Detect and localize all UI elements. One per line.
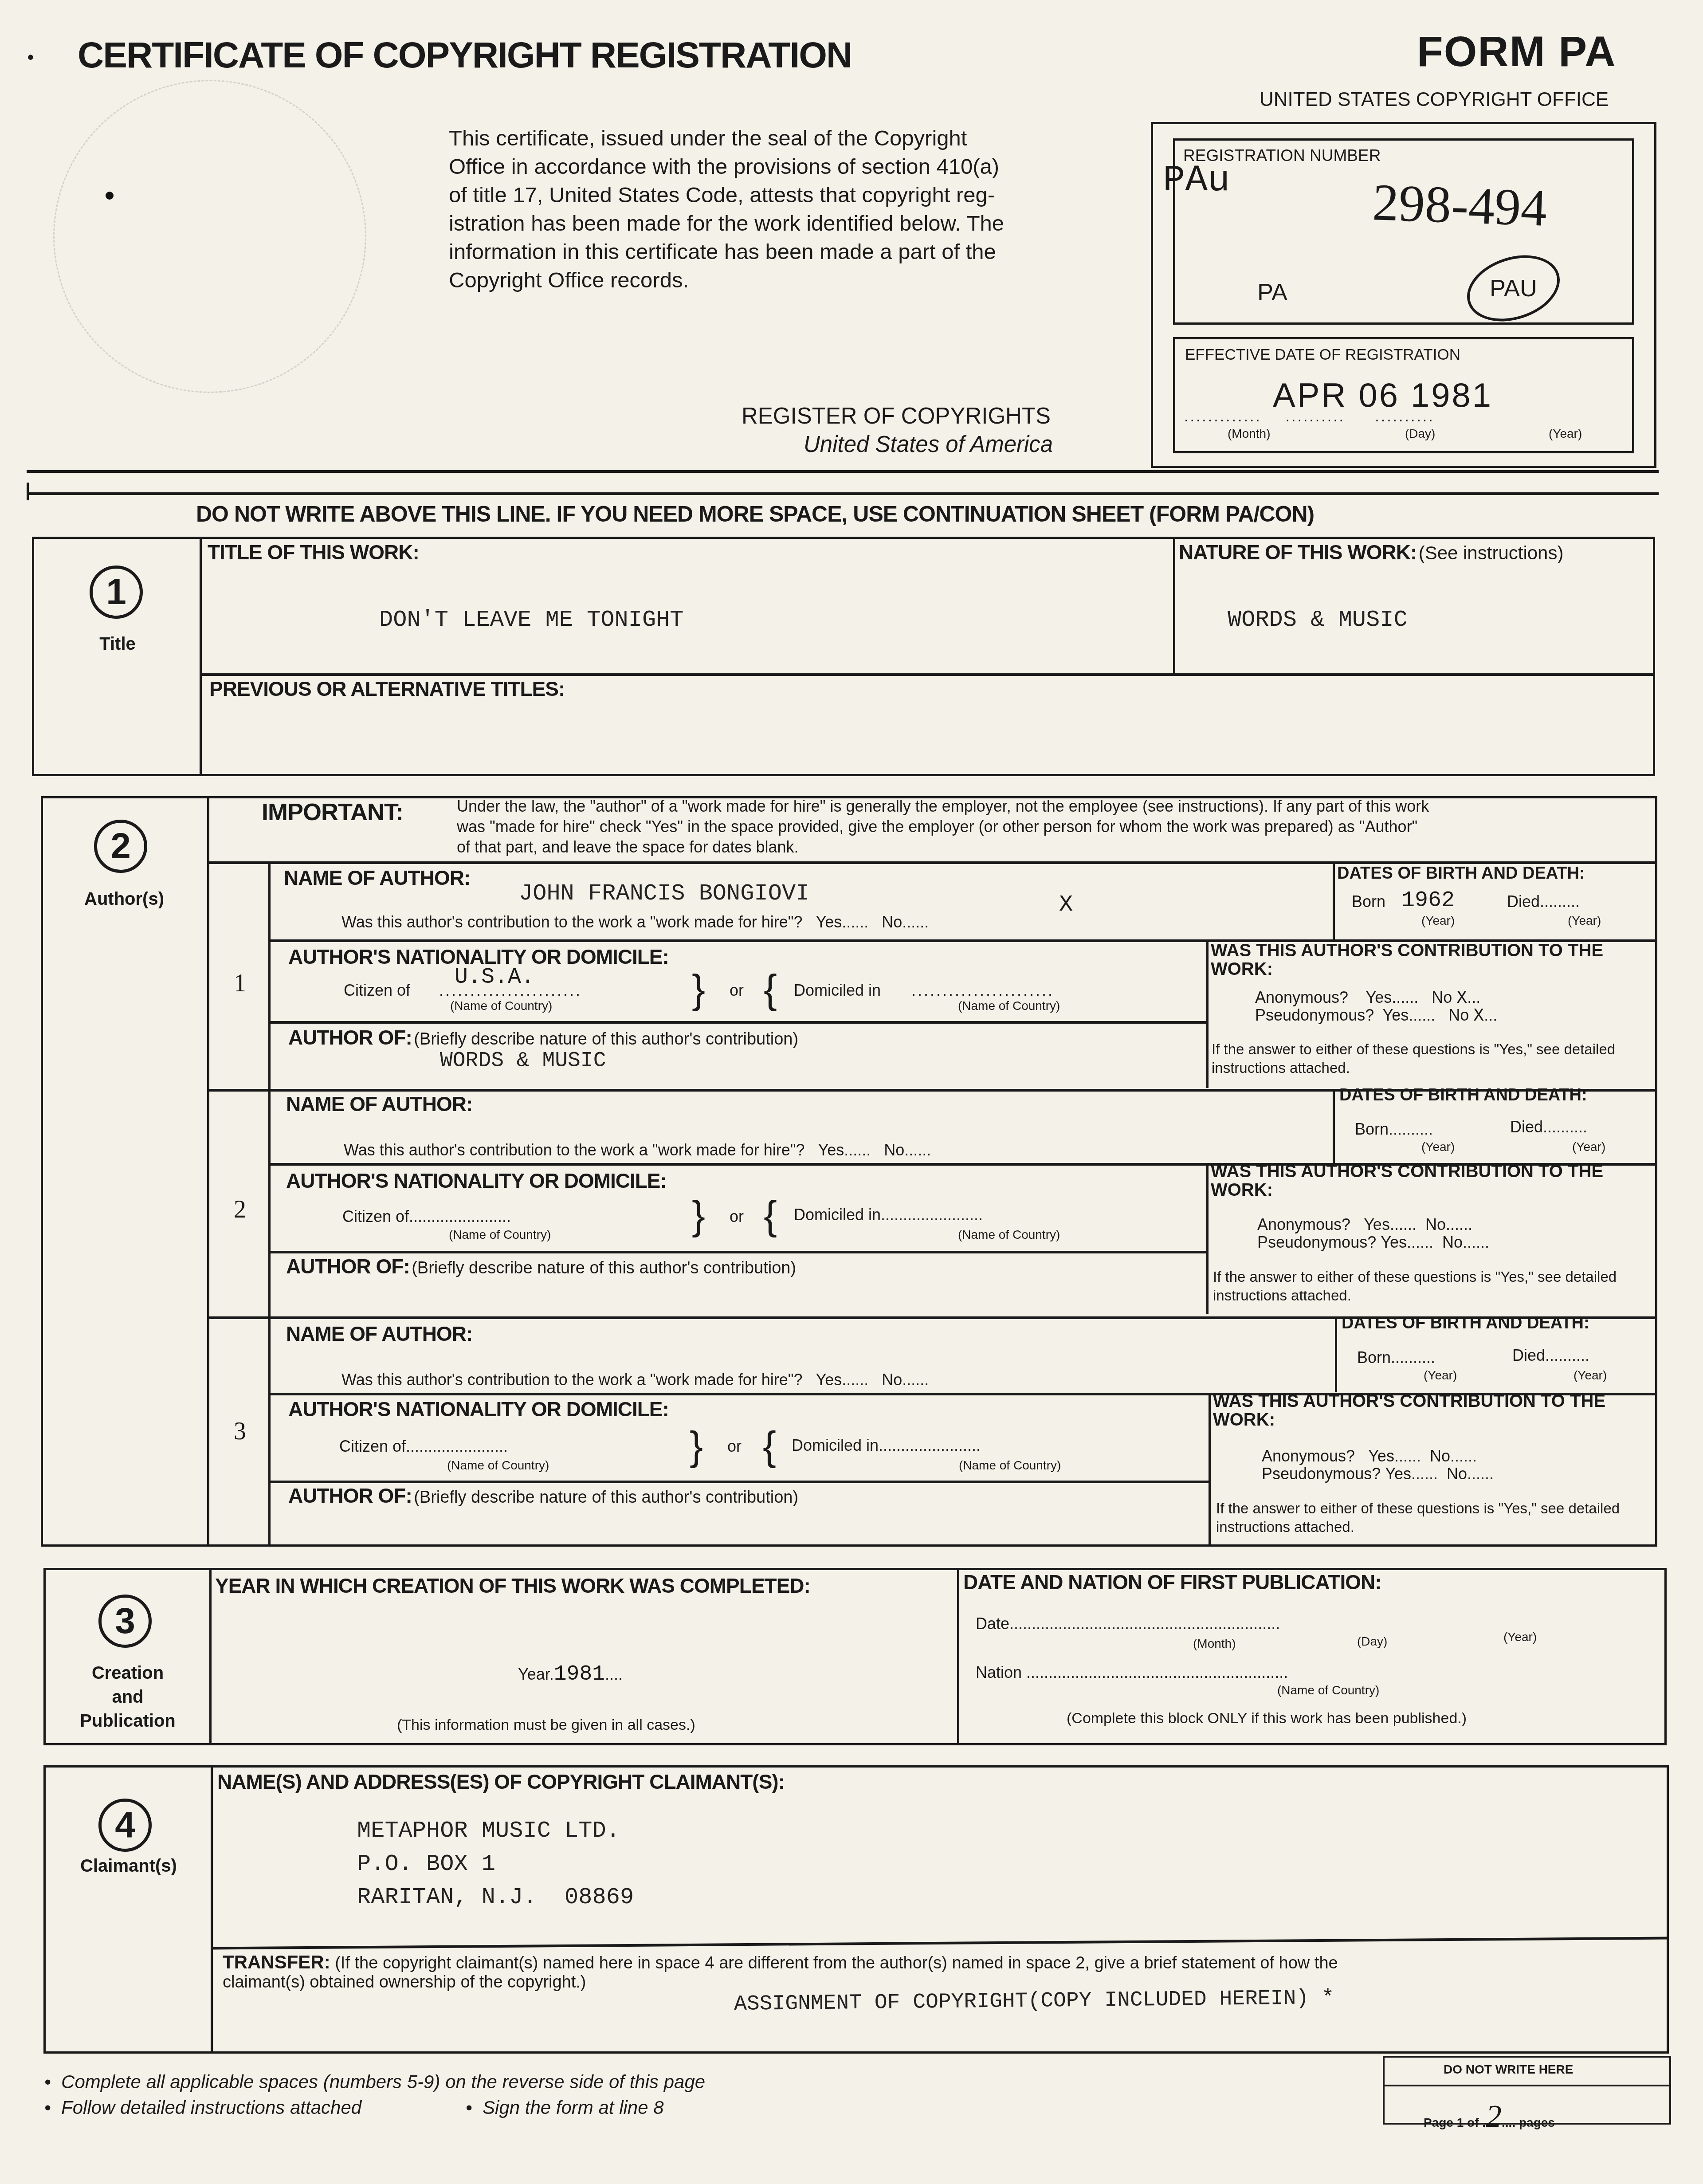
- author-3-pseudonymous: Pseudonymous? Yes...... No......: [1262, 1465, 1494, 1483]
- author-2-nationality-label: AUTHOR'S NATIONALITY OR DOMICILE:: [286, 1169, 667, 1193]
- author-3-nationality-label: AUTHOR'S NATIONALITY OR DOMICILE:: [288, 1397, 669, 1421]
- author-1-hire-mark[interactable]: X: [1059, 892, 1073, 918]
- do-not-write-notice: DO NOT WRITE ABOVE THIS LINE. IF YOU NEE…: [196, 501, 1314, 527]
- author-1-country-hint: (Name of Country): [450, 999, 552, 1013]
- register-subtitle: United States of America: [804, 431, 1053, 457]
- author-2-country-hint: (Name of Country): [449, 1228, 551, 1242]
- footer-bullet-3: • Sign the form at line 8: [466, 2097, 664, 2118]
- author-1-born-hint: (Year): [1421, 914, 1455, 928]
- transfer-label-text: TRANSFER: (If the copyright claimant(s) …: [223, 1952, 1338, 1973]
- section-2-label: Author(s): [58, 887, 191, 911]
- year-completed-note: (This information must be given in all c…: [397, 1717, 695, 1734]
- seal-dot: [106, 192, 114, 200]
- author-2-author-of-label: AUTHOR OF: (Briefly describe nature of t…: [286, 1254, 796, 1278]
- publication-label: DATE AND NATION OF FIRST PUBLICATION:: [963, 1570, 1381, 1594]
- author-1-brace-open: {: [764, 967, 777, 1013]
- publication-country-hint: (Name of Country): [1277, 1683, 1379, 1697]
- do-not-write-here: DO NOT WRITE HERE: [1444, 2062, 1573, 2077]
- author-3-anonymous: Anonymous? Yes...... No......: [1262, 1447, 1477, 1465]
- author-2-dates-divider: [1333, 1089, 1335, 1164]
- author-2-born: Born..........: [1355, 1120, 1433, 1139]
- author-3-index: 3: [234, 1417, 246, 1446]
- author-3-dates-divider: [1335, 1316, 1337, 1392]
- author-1-contrib-divider: [1206, 939, 1209, 1088]
- important-text: Under the law, the "author" of a "work m…: [457, 796, 1429, 857]
- author-3-brace-close: }: [690, 1424, 703, 1469]
- author-1-or: or: [730, 981, 744, 1000]
- previous-titles-label: PREVIOUS OR ALTERNATIVE TITLES:: [209, 677, 565, 701]
- author-2-anonymous: Anonymous? Yes...... No......: [1257, 1215, 1472, 1234]
- form-name: FORM PA: [1417, 27, 1617, 76]
- author-3-citizen: Citizen of.......................: [339, 1437, 508, 1456]
- publication-nation: Nation .................................…: [976, 1663, 1288, 1682]
- author-1-contribution-note: If the answer to either of these questio…: [1212, 1040, 1642, 1077]
- author-3-contribution-note: If the answer to either of these questio…: [1216, 1499, 1646, 1536]
- register-of-copyrights: REGISTER OF COPYRIGHTS: [742, 403, 1051, 429]
- section-4-divider: [211, 1765, 213, 2054]
- author-1-domiciled-dots: .......................: [911, 981, 1054, 1000]
- author-index-divider: [268, 861, 271, 1547]
- effective-date-dots: ............. .......... ..........: [1184, 408, 1435, 425]
- registration-prefix: PAu: [1163, 160, 1230, 202]
- author-1-hire-question: Was this author's contribution to the wo…: [341, 913, 929, 931]
- top-divider-tick: [27, 483, 29, 500]
- section-1-divider: [200, 537, 202, 776]
- author-2-citizen: Citizen of.......................: [342, 1207, 511, 1226]
- author-2-index: 2: [234, 1195, 246, 1224]
- important-label: IMPORTANT:: [262, 798, 403, 826]
- author-1-pseudonymous: Pseudonymous? Yes...... No X...: [1255, 1006, 1497, 1026]
- author-2-contribution-note: If the answer to either of these questio…: [1213, 1268, 1643, 1305]
- section-3-divider: [209, 1568, 212, 1745]
- author-1-dates-label: DATES OF BIRTH AND DEATH:: [1337, 864, 1585, 883]
- author-3-died-hint: (Year): [1574, 1368, 1607, 1383]
- author-1-author-of-label: AUTHOR OF: (Briefly describe nature of t…: [288, 1025, 798, 1049]
- section-4-label: Claimant(s): [62, 1854, 195, 1878]
- author-3-author-of-label: AUTHOR OF: (Briefly describe nature of t…: [288, 1484, 798, 1508]
- author-3-domiciled: Domiciled in.......................: [792, 1436, 981, 1455]
- author-3-contrib-divider: [1209, 1393, 1211, 1547]
- copyright-office-seal: [53, 80, 366, 393]
- author-1-citizen-label: Citizen of: [344, 981, 410, 1000]
- author-2-died-hint: (Year): [1572, 1140, 1605, 1154]
- author-3-dates-label: DATES OF BIRTH AND DEATH:: [1342, 1314, 1589, 1333]
- top-divider-2: [27, 492, 1659, 495]
- author-1-died-hint: (Year): [1568, 914, 1601, 928]
- month-hint: (Month): [1228, 427, 1270, 441]
- year-completed-label: YEAR IN WHICH CREATION OF THIS WORK WAS …: [215, 1574, 810, 1598]
- footer-bullet-1: • Complete all applicable spaces (number…: [44, 2071, 705, 2093]
- transfer-text-2: claimant(s) obtained ownership of the co…: [223, 1973, 586, 1992]
- author-1-pseudonymous-mark[interactable]: X: [1473, 1006, 1484, 1026]
- author-2-died: Died..........: [1510, 1118, 1587, 1136]
- effective-date-label: EFFECTIVE DATE OF REGISTRATION: [1185, 346, 1460, 364]
- section-1-number: 1: [90, 566, 143, 619]
- author-2-brace-close: }: [692, 1193, 705, 1239]
- author-3-country-hint: (Name of Country): [447, 1458, 549, 1473]
- certificate-title: CERTIFICATE OF COPYRIGHT REGISTRATION: [78, 35, 851, 76]
- author-2-brace-open: {: [764, 1193, 777, 1239]
- author-1-born-label: Born: [1352, 892, 1385, 911]
- section-2-number: 2: [94, 820, 147, 873]
- author-3-or: or: [727, 1437, 742, 1456]
- author-2-born-hint: (Year): [1421, 1140, 1455, 1154]
- author-1-dates-divider: [1333, 861, 1335, 941]
- nature-label: NATURE OF THIS WORK: (See instructions): [1179, 540, 1563, 564]
- author-2-hire-question: Was this author's contribution to the wo…: [344, 1141, 931, 1159]
- section-3-label: Creation and Publication: [61, 1661, 194, 1733]
- section-1-label: Title: [51, 632, 184, 656]
- author-2-nat-line: [268, 1251, 1206, 1253]
- copyright-office-label: UNITED STATES COPYRIGHT OFFICE: [1260, 89, 1609, 111]
- publication-month-hint: (Month): [1193, 1637, 1236, 1651]
- author-1-index: 1: [234, 969, 246, 998]
- publication-divider: [957, 1568, 959, 1745]
- author-1-name-label: NAME OF AUTHOR:: [284, 866, 470, 890]
- publication-day-hint: (Day): [1357, 1634, 1387, 1649]
- author-1-nat-line: [268, 1021, 1206, 1024]
- registration-number: 298-494: [1372, 172, 1548, 239]
- left-margin-mark: •: [27, 48, 34, 68]
- page-count: Page 1 of .2.... pages: [1424, 2098, 1555, 2135]
- author-1-citizen-dots: .......................: [439, 981, 582, 1000]
- top-divider-1: [27, 470, 1659, 473]
- publication-note: (Complete this block ONLY if this work h…: [1067, 1710, 1467, 1727]
- author-3-born-hint: (Year): [1424, 1368, 1457, 1383]
- section-3-number: 3: [98, 1595, 152, 1648]
- publication-date: Date....................................…: [976, 1614, 1280, 1633]
- author-1-name[interactable]: JOHN FRANCIS BONGIOVI: [519, 880, 809, 907]
- page-count-divider: [1383, 2085, 1671, 2086]
- author-1-contribution-label: WAS THIS AUTHOR'S CONTRIBUTION TO THE WO…: [1211, 941, 1650, 978]
- section-4-number: 4: [98, 1799, 152, 1852]
- author-2-or: or: [730, 1207, 744, 1226]
- author-1-brace-close: }: [692, 967, 705, 1013]
- author-2-dates-label: DATES OF BIRTH AND DEATH:: [1339, 1086, 1587, 1105]
- year-hint: (Year): [1549, 427, 1582, 441]
- author-3-brace-open: {: [763, 1424, 776, 1469]
- claimant-address[interactable]: METAPHOR MUSIC LTD. P.O. BOX 1 RARITAN, …: [357, 1814, 634, 1914]
- class-pa: PA: [1257, 279, 1287, 306]
- claimant-label: NAME(S) AND ADDRESS(ES) OF COPYRIGHT CLA…: [217, 1770, 785, 1794]
- author-3-born: Born..........: [1357, 1348, 1435, 1367]
- day-hint: (Day): [1405, 427, 1435, 441]
- previous-titles-value[interactable]: [310, 719, 1597, 754]
- title-value[interactable]: DON'T LEAVE ME TONIGHT: [379, 607, 684, 633]
- section-2-divider: [207, 796, 209, 1547]
- certificate-statement: This certificate, issued under the seal …: [449, 124, 1087, 295]
- footer-bullet-2: • Follow detailed instructions attached: [44, 2097, 361, 2118]
- claimant-address-line-2: RARITAN, N.J. 08869: [357, 1881, 634, 1914]
- nature-value[interactable]: WORDS & MUSIC: [1228, 607, 1408, 633]
- publication-year-hint: (Year): [1503, 1630, 1537, 1644]
- author-3-hire-question: Was this author's contribution to the wo…: [341, 1371, 929, 1389]
- author-2-domicile-hint: (Name of Country): [958, 1228, 1060, 1242]
- author-3-contribution-label: WAS THIS AUTHOR'S CONTRIBUTION TO THE WO…: [1213, 1392, 1652, 1429]
- author-2-pseudonymous: Pseudonymous? Yes...... No......: [1257, 1233, 1489, 1252]
- author-1-author-of-value[interactable]: WORDS & MUSIC: [440, 1049, 606, 1073]
- author-2-contribution-label: WAS THIS AUTHOR'S CONTRIBUTION TO THE WO…: [1211, 1162, 1650, 1199]
- author-1-died-label: Died.........: [1507, 892, 1580, 911]
- page-total[interactable]: 2: [1486, 2098, 1502, 2134]
- author-2-domiciled: Domiciled in.......................: [794, 1206, 983, 1224]
- claimant-address-line-1: P.O. BOX 1: [357, 1847, 634, 1881]
- author-1-domicile-hint: (Name of Country): [958, 999, 1060, 1013]
- year-completed-value[interactable]: 1981: [554, 1662, 605, 1686]
- title-label: TITLE OF THIS WORK:: [208, 540, 419, 564]
- author-3-name-label: NAME OF AUTHOR:: [286, 1322, 472, 1346]
- author-2-contrib-divider: [1206, 1163, 1209, 1314]
- section-1-inner-line: [200, 673, 1655, 676]
- author-1-domiciled-label: Domiciled in: [794, 981, 881, 1000]
- author-3-domicile-hint: (Name of Country): [959, 1458, 1061, 1473]
- nature-divider: [1173, 537, 1175, 674]
- claimant-name: METAPHOR MUSIC LTD.: [357, 1814, 634, 1847]
- author-1-born-value[interactable]: 1962: [1401, 888, 1455, 913]
- author-3-nat-line: [268, 1481, 1209, 1483]
- author-2-name-label: NAME OF AUTHOR:: [286, 1092, 472, 1116]
- year-completed: Year.1981....: [518, 1662, 623, 1686]
- author-3-died: Died..........: [1512, 1346, 1589, 1365]
